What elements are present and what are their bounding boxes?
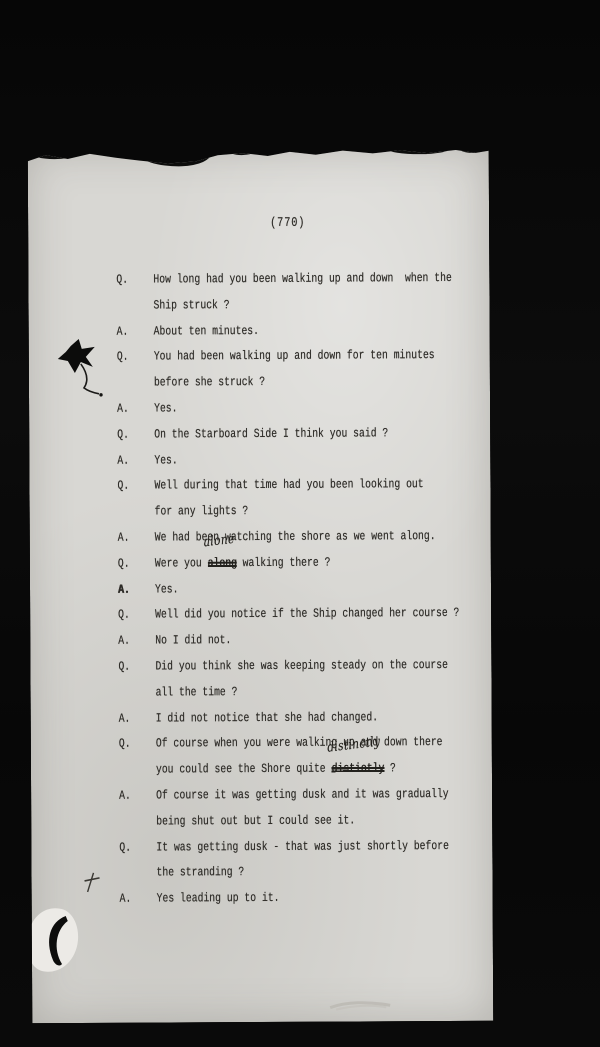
transcript-line: Of course it was getting dusk and it was…: [156, 782, 418, 809]
text-segment: Yes leading up to it.: [157, 891, 280, 906]
text-segment: Of course it was getting dusk and it was…: [156, 787, 449, 803]
qa-label: Q.: [117, 422, 129, 448]
top-edge-tear-smudge: [31, 150, 83, 159]
top-edge-tear-smudge: [228, 149, 256, 155]
transcript-line: Were you alongalone walking there ?: [155, 550, 417, 577]
qa-row: Q.Were you alongalone walking there ?: [30, 550, 491, 578]
text-segment: ?: [384, 761, 396, 775]
text-segment: Yes.: [154, 453, 177, 467]
qa-label: A.: [117, 319, 129, 345]
transcript-line: Did you think she was keeping steady on …: [155, 653, 417, 680]
transcript: Q.How long had you been walking up and d…: [28, 266, 492, 913]
qa-row: A.About ten minutes.: [29, 317, 490, 345]
torn-hole-crescent: [34, 912, 80, 972]
transcript-line: Yes.: [154, 447, 416, 474]
qa-label: A.: [120, 887, 132, 913]
transcript-line: before she struck ?: [154, 369, 416, 396]
transcript-line: Well during that time had you been looki…: [154, 473, 416, 500]
qa-row: Q.Did you think she was keeping steady o…: [30, 653, 491, 707]
qa-label: Q.: [118, 603, 130, 629]
qa-row: A.Yes.: [30, 575, 491, 603]
qa-label: Q.: [117, 345, 129, 371]
text-segment: before she struck ?: [154, 375, 265, 390]
text-segment: On the Starboard Side I think you said ?: [154, 426, 388, 441]
page-number: (770): [270, 215, 305, 230]
transcript-line: Well did you notice if the Ship changed …: [155, 602, 417, 629]
transcript-line: We had been watching the shore as we wen…: [155, 524, 417, 551]
transcript-line: No I did not.: [155, 627, 417, 654]
text-segment: Were you: [155, 556, 208, 570]
transcript-line: About ten minutes.: [154, 318, 416, 345]
top-edge-tear-smudge: [460, 148, 486, 153]
text-segment: Well during that time had you been looki…: [154, 478, 423, 493]
text-segment: You had been walking up and down for ten…: [154, 348, 435, 363]
transcript-line: you could see the Shore quite distiotlyd…: [156, 756, 418, 783]
qa-row: A.No I did not.: [30, 627, 491, 655]
qa-label: A.: [119, 706, 131, 732]
text-segment: Of course when you were walking up and d…: [156, 735, 443, 751]
qa-label: Q.: [118, 655, 130, 681]
text-segment: all the time ?: [156, 685, 238, 699]
handwritten-correction: alone: [202, 527, 235, 556]
qa-label: Q.: [117, 474, 129, 500]
transcript-line: I did not notice that she had changed.: [156, 705, 418, 732]
top-edge-tear-smudge: [388, 148, 450, 154]
text-segment: We had been watching the shore as we wen…: [155, 529, 436, 544]
text-segment: About ten minutes.: [154, 324, 259, 339]
qa-label: Q.: [116, 268, 128, 294]
transcript-line: It was getting dusk - that was just shor…: [156, 834, 418, 861]
transcript-line: Yes.: [155, 576, 417, 603]
qa-row: A.Yes leading up to it.: [32, 885, 493, 913]
qa-label: Q.: [119, 732, 131, 758]
qa-row: Q.Well did you notice if the Ship change…: [30, 601, 491, 629]
text-segment: Yes.: [154, 401, 177, 415]
struck-word: distiotlydistinctly: [331, 761, 384, 775]
text-segment: Well did you notice if the Ship changed …: [155, 606, 459, 622]
transcript-line: You had been walking up and down for ten…: [154, 344, 416, 371]
qa-row: A.Yes.: [29, 446, 490, 474]
text-segment: being shut out but I could see it.: [156, 813, 355, 828]
qa-label: A.: [118, 526, 130, 552]
transcript-line: Ship struck ?: [153, 292, 415, 319]
qa-label: A.: [117, 448, 129, 474]
qa-row: Q.Well during that time had you been loo…: [29, 472, 490, 526]
text-segment: I did not notice that she had changed.: [156, 710, 378, 725]
qa-row: Q.How long had you been walking up and d…: [28, 266, 489, 320]
qa-label: Q.: [118, 551, 130, 577]
transcript-line: being shut out but I could see it.: [156, 808, 418, 835]
qa-row: Q.On the Starboard Side I think you said…: [29, 421, 490, 449]
transcript-line: Yes leading up to it.: [157, 885, 419, 912]
text-segment: Did you think she was keeping steady on …: [155, 658, 448, 674]
qa-label: A.: [118, 577, 130, 603]
text-segment: No I did not.: [155, 633, 231, 647]
scanned-document: { "colors": { "background": "#0a0a0a", "…: [0, 0, 600, 1047]
top-edge-tear-smudge: [138, 149, 212, 168]
qa-row: Q.It was getting dusk - that was just sh…: [31, 833, 492, 887]
qa-label: A.: [119, 784, 131, 810]
qa-row: A.Yes.: [29, 395, 490, 423]
top-edge-tear-smudge: [296, 149, 336, 154]
text-segment: It was getting dusk - that was just shor…: [156, 839, 449, 855]
text-segment: for any lights ?: [155, 504, 249, 518]
paper-page: (770) Q.How long had you been walking up…: [28, 148, 494, 1023]
transcript-line: the stranding ?: [156, 860, 418, 887]
handwritten-correction: distinctly: [326, 730, 381, 762]
qa-row: Q.Of course when you were walking up and…: [31, 730, 492, 784]
qa-row: A.We had been watching the shore as we w…: [30, 524, 491, 552]
text-segment: walking there ?: [237, 555, 331, 569]
struck-word: alongalone: [208, 556, 237, 570]
transcript-line: On the Starboard Side I think you said ?: [154, 421, 416, 448]
transcript-line: Yes.: [154, 395, 416, 422]
qa-row: A.I did not notice that she had changed.: [31, 704, 492, 732]
transcript-line: all the time ?: [155, 679, 417, 706]
text-segment: Yes.: [155, 582, 178, 596]
text-segment: How long had you been walking up and dow…: [153, 271, 451, 287]
qa-row: Q.You had been walking up and down for t…: [29, 343, 490, 397]
transcript-line: How long had you been walking up and dow…: [153, 266, 415, 293]
text-segment: Ship struck ?: [153, 298, 229, 312]
qa-row: A.Of course it was getting dusk and it w…: [31, 782, 492, 836]
text-segment: you could see the Shore quite: [156, 762, 332, 777]
qa-label: A.: [117, 397, 129, 423]
pencil-smudge: [328, 998, 394, 1012]
qa-label: A.: [118, 629, 130, 655]
qa-label: Q.: [119, 835, 131, 861]
text-segment: the stranding ?: [156, 865, 244, 879]
transcript-line: for any lights ?: [155, 498, 417, 525]
